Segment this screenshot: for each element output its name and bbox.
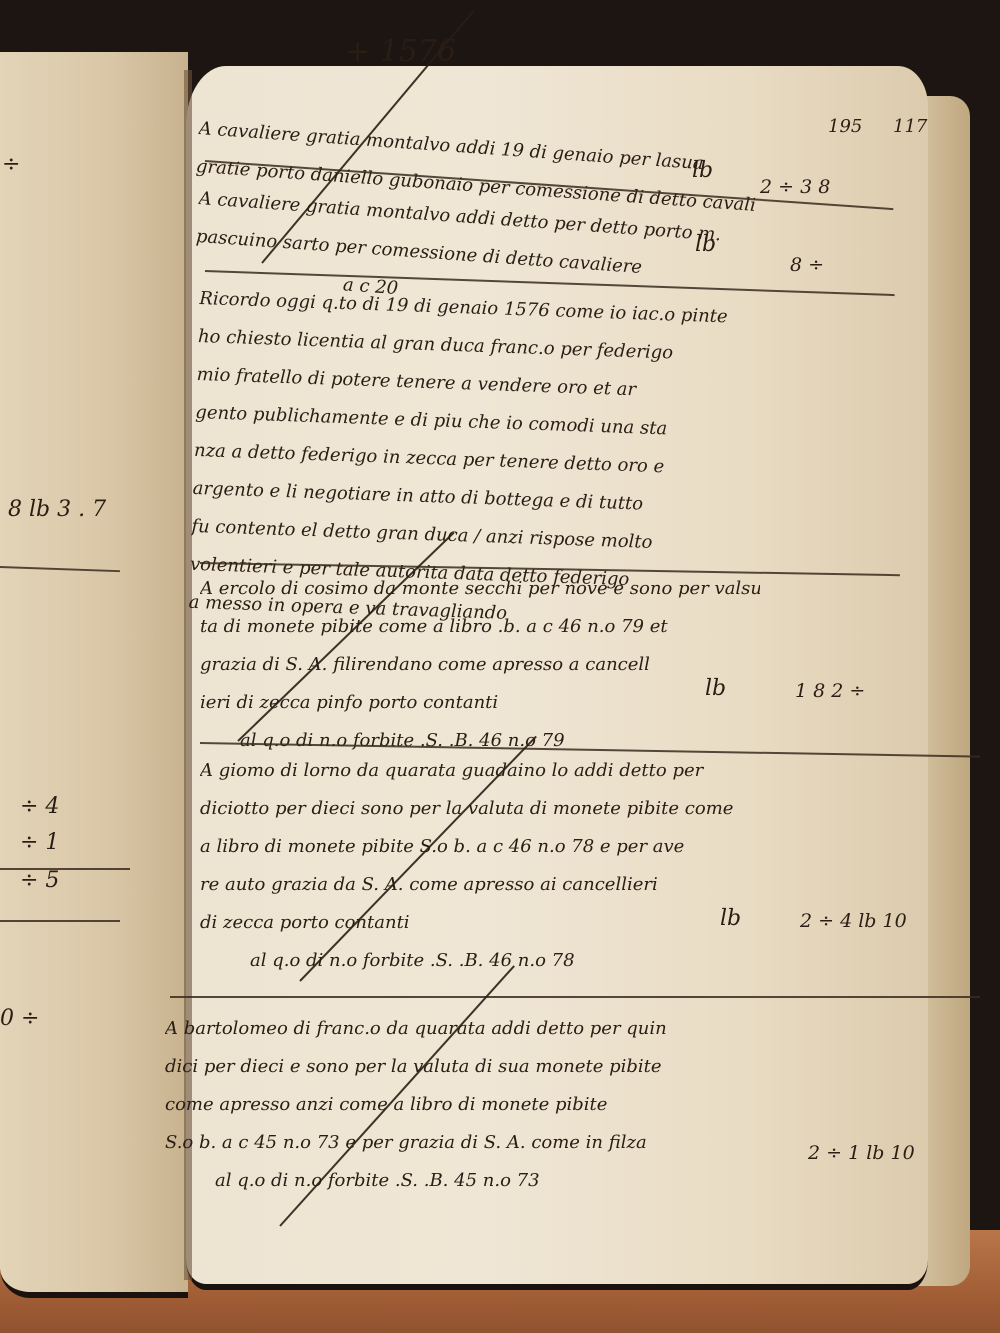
entry-divider	[170, 996, 980, 998]
entry-line: di zecca porto contanti	[200, 904, 760, 942]
left-rule	[0, 566, 120, 572]
pound-mark: lb	[695, 232, 716, 257]
year: 1576	[380, 34, 456, 69]
entry-line: S.o b. a c 45 n.o 73 e per grazia di S. …	[165, 1124, 725, 1162]
entry-line: ieri di zecca pinfo porto contanti	[200, 684, 760, 722]
entry-amount: 2 ÷ 4 lb 10	[800, 910, 907, 932]
left-page-fragment: 0 ÷	[0, 1006, 39, 1031]
folio-number-right: 117	[893, 116, 927, 137]
entry-line: A giomo di lorno da quarata guadaino lo …	[200, 752, 760, 790]
entry-amount: 1 8 2 ÷	[795, 680, 865, 702]
entry-line: dici per dieci e sono per la valuta di s…	[165, 1048, 725, 1086]
pound-mark: lb	[720, 906, 741, 931]
entry-line: A ercolo di cosimo da monte secchi per n…	[200, 570, 760, 608]
pound-mark: lb	[705, 676, 726, 701]
entry-line: re auto grazia da S. A. come apresso ai …	[200, 866, 760, 904]
left-page-fragment: ÷ 5	[20, 868, 59, 893]
ledger-entry: A ercolo di cosimo da monte secchi per n…	[200, 570, 760, 760]
ledger-entry: A giomo di lorno da quarata guadaino lo …	[200, 752, 760, 980]
entry-amount: 2 ÷ 3 8	[760, 176, 830, 198]
left-rule	[0, 868, 130, 870]
pound-mark: lb	[692, 158, 713, 183]
entry-line: ta di monete pibite come a libro .b. a c…	[200, 608, 760, 646]
ledger-entry: A bartolomeo di franc.o da quarata addi …	[165, 1010, 725, 1200]
left-page-fragment: ÷ 1	[20, 830, 59, 855]
entry-line: grazia di S. A. filirendano come apresso…	[200, 646, 760, 684]
entry-line: al q.o di n.o forbite .S. .B. 45 n.o 73	[165, 1162, 725, 1200]
cross-mark: +	[345, 34, 370, 69]
left-page-total: 8 lb 3 . 7	[8, 497, 106, 522]
entry-amount: 2 ÷ 1 lb 10	[808, 1142, 915, 1164]
folio-number-left: 195	[828, 116, 862, 137]
entry-line: a libro di monete pibite S.o b. a c 46 n…	[200, 828, 760, 866]
entry-line: al q.o di n.o forbite .S. .B. 46 n.o 78	[200, 942, 760, 980]
entry-line: come apresso anzi come a libro di monete…	[165, 1086, 725, 1124]
left-page-fragment: ÷	[2, 152, 20, 177]
entry-amount: 8 ÷	[790, 254, 824, 276]
left-page-fragment: ÷ 4	[20, 794, 59, 819]
left-rule	[0, 920, 120, 922]
left-page: ÷ 8 lb 3 . 7 ÷ 4 ÷ 1 ÷ 5 0 ÷	[0, 52, 188, 1298]
